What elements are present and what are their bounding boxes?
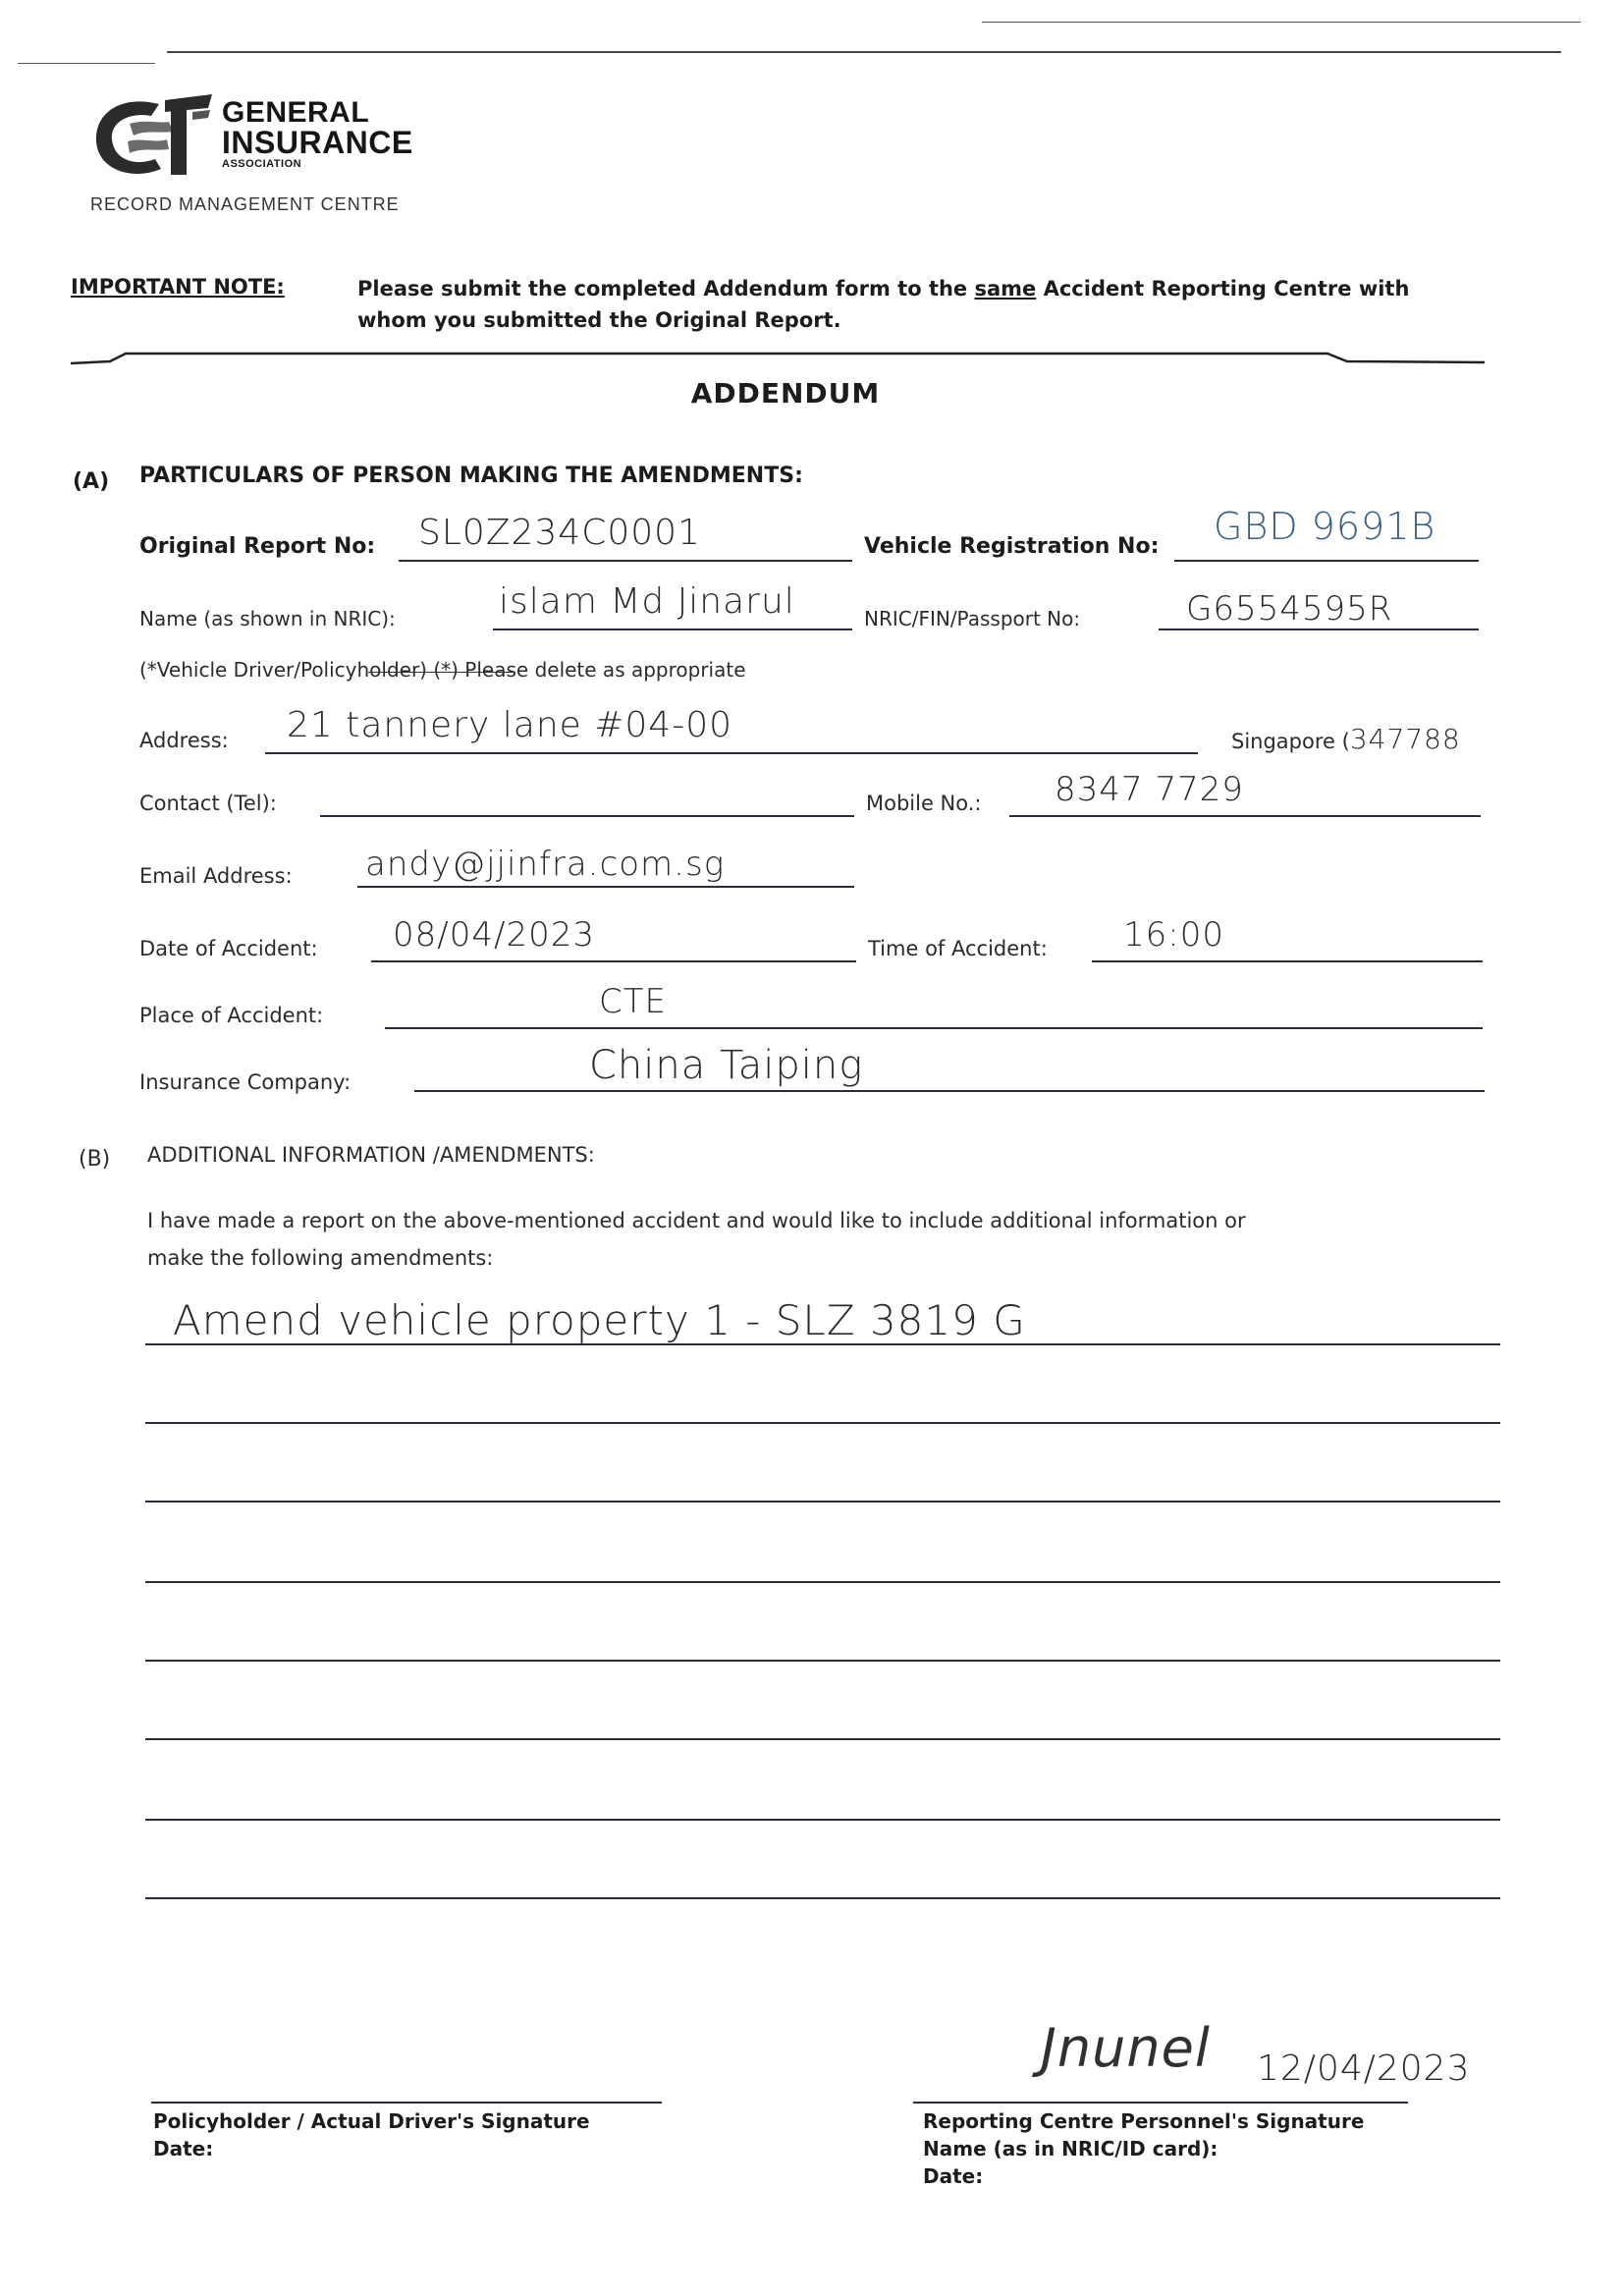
personnel-signature[interactable]: Jnunel: [1041, 2017, 1211, 2079]
important-note-line2: whom you submitted the Original Report.: [357, 304, 1409, 336]
date-of-accident-label: Date of Accident:: [139, 937, 318, 960]
section-b-marker: (B): [79, 1147, 110, 1172]
time-of-accident-label: Time of Accident:: [868, 937, 1048, 960]
name-value[interactable]: islam Md Jinarul: [499, 581, 795, 622]
date-of-accident-line: [371, 960, 856, 962]
place-of-accident-value[interactable]: CTE: [599, 982, 667, 1021]
email-label: Email Address:: [139, 864, 293, 888]
insurance-company-label: Insurance Company:: [139, 1070, 351, 1094]
postal-code-value[interactable]: 347788: [1350, 723, 1461, 755]
time-of-accident-line: [1092, 960, 1483, 962]
original-report-value[interactable]: SL0Z234C0001: [418, 513, 701, 553]
amendment-text[interactable]: Amend vehicle property 1 - SLZ 3819 G: [173, 1296, 1026, 1344]
section-b-title: ADDITIONAL INFORMATION /AMENDMENTS:: [147, 1143, 595, 1167]
role-note: (*Vehicle Driver/Policyholder) (*) Pleas…: [139, 658, 746, 682]
role-strike: [368, 672, 515, 673]
logo-general-text: GENERAL: [222, 98, 413, 128]
address-value[interactable]: 21 tannery lane #04-00: [287, 705, 732, 745]
contact-tel-label: Contact (Tel):: [139, 792, 277, 815]
personnel-signed-date[interactable]: 12/04/2023: [1257, 2049, 1471, 2089]
driver-signature-title: Policyholder / Actual Driver's Signature: [153, 2109, 590, 2133]
amendment-line[interactable]: [145, 1660, 1500, 1662]
amendment-line[interactable]: [145, 1581, 1500, 1583]
mobile-value[interactable]: 8347 7729: [1055, 770, 1244, 809]
section-a-marker: (A): [73, 469, 109, 494]
name-label: Name (as shown in NRIC):: [139, 607, 396, 630]
important-note-label: IMPORTANT NOTE:: [71, 275, 285, 299]
scan-artifact-line: [167, 51, 1561, 53]
header-divider: [71, 350, 1485, 369]
amendment-line[interactable]: [145, 1819, 1500, 1821]
nric-line: [1159, 629, 1479, 630]
mobile-label: Mobile No.:: [866, 792, 982, 815]
address-line: [265, 752, 1198, 754]
personnel-signature-line: [913, 2102, 1408, 2104]
scan-artifact-line: [18, 63, 155, 64]
original-report-line: [399, 560, 852, 562]
section-a-title: PARTICULARS OF PERSON MAKING THE AMENDME…: [139, 464, 803, 488]
driver-signature-line[interactable]: [151, 2102, 662, 2104]
vehicle-reg-line: [1174, 560, 1479, 562]
gia-emblem-icon: [90, 94, 218, 183]
important-note-text: Please submit the completed Addendum for…: [357, 273, 1409, 336]
section-b-intro: I have made a report on the above-mentio…: [147, 1202, 1246, 1277]
vehicle-reg-value[interactable]: GBD 9691B: [1214, 505, 1435, 548]
original-report-label: Original Report No:: [139, 534, 375, 559]
mobile-line: [1009, 815, 1481, 817]
logo-insurance-text: INSURANCE: [222, 128, 413, 157]
section-b-intro-line2: make the following amendments:: [147, 1239, 1246, 1277]
important-note-emphasis: same: [974, 277, 1036, 301]
personnel-signature-title: Reporting Centre Personnel's Signature: [923, 2109, 1364, 2133]
driver-date-label: Date:: [153, 2137, 213, 2160]
amendment-line[interactable]: [145, 1897, 1500, 1899]
personnel-date-label: Date:: [923, 2164, 983, 2188]
nric-label: NRIC/FIN/Passport No:: [864, 607, 1080, 630]
contact-tel-line[interactable]: [320, 815, 854, 817]
email-value[interactable]: andy@jjinfra.com.sg: [365, 845, 725, 884]
date-of-accident-value[interactable]: 08/04/2023: [393, 915, 595, 955]
email-line: [357, 886, 854, 888]
place-of-accident-line: [385, 1027, 1483, 1029]
scan-artifact-line: [982, 22, 1581, 23]
amendment-line[interactable]: [145, 1501, 1500, 1503]
name-line: [493, 629, 852, 630]
section-b-intro-line1: I have made a report on the above-mentio…: [147, 1202, 1246, 1239]
important-note-line1: Please submit the completed Addendum for…: [357, 273, 1409, 304]
place-of-accident-label: Place of Accident:: [139, 1004, 323, 1027]
time-of-accident-value[interactable]: 16:00: [1123, 915, 1224, 955]
address-label: Address:: [139, 729, 229, 752]
singapore-label: Singapore (347788: [1231, 723, 1461, 755]
personnel-name-label: Name (as in NRIC/ID card):: [923, 2137, 1218, 2160]
amendment-line[interactable]: [145, 1738, 1500, 1740]
form-title: ADDENDUM: [0, 377, 1571, 410]
logo-subtitle: RECORD MANAGEMENT CENTRE: [90, 194, 400, 215]
vehicle-reg-label: Vehicle Registration No:: [864, 534, 1159, 559]
insurance-company-value[interactable]: China Taiping: [589, 1043, 863, 1088]
amendment-line[interactable]: [145, 1422, 1500, 1424]
nric-value[interactable]: G6554595R: [1186, 589, 1392, 629]
insurance-company-line: [414, 1090, 1485, 1092]
